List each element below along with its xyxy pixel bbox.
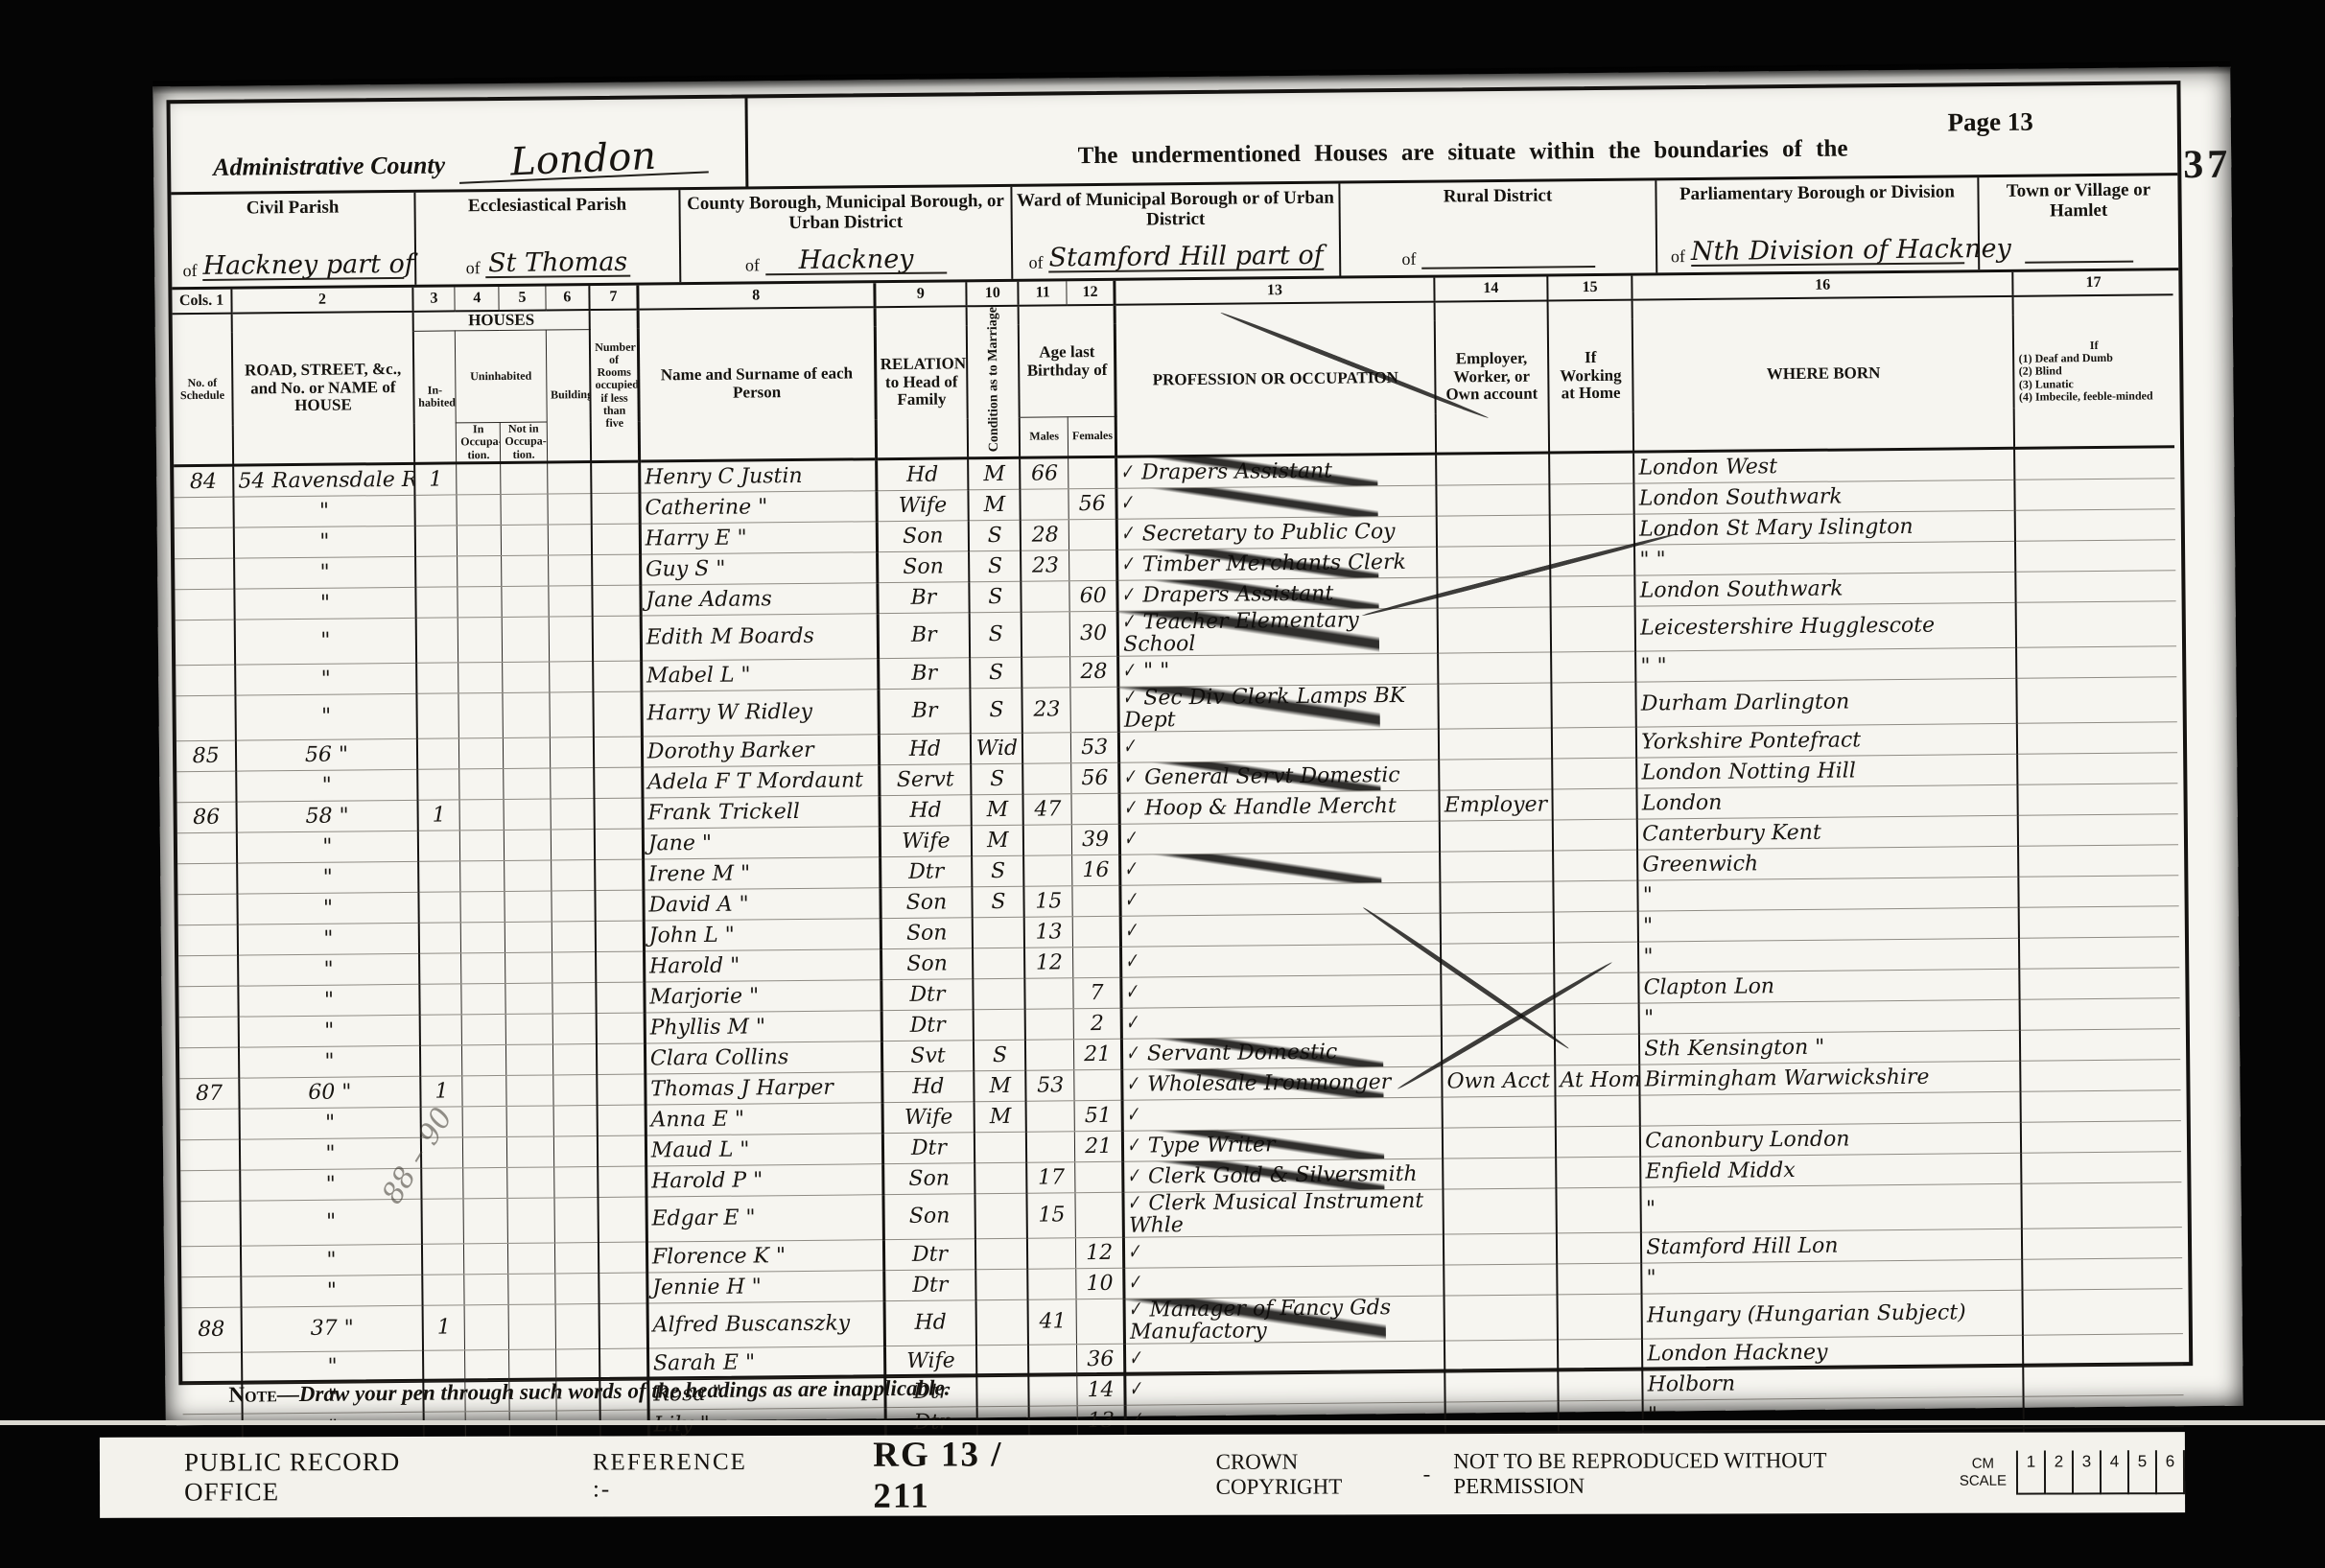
header-schedule: No. of Schedule (173, 314, 234, 466)
census-table-header: Cols. 1 2 3 4 5 6 7 8 9 10 11 12 13 14 (172, 270, 2174, 465)
cell-road: " (236, 693, 417, 740)
tick-mark: ✓ (1120, 463, 1136, 485)
cell-in-occupation (462, 1075, 506, 1106)
cell-where-born: London Southwark (1635, 572, 2016, 606)
cell-occupation: ✓ (1124, 1265, 1444, 1299)
cell-infirmity (2019, 937, 2179, 970)
tick-mark: ✓ (1122, 613, 1138, 635)
cell-home (1549, 483, 1634, 515)
cell-home (1558, 1339, 1643, 1370)
header-relation: RELATION to Head of Family (875, 306, 969, 458)
cell-employer (1440, 912, 1554, 944)
of-prefix: of (182, 261, 197, 281)
of-prefix: of (745, 255, 760, 275)
cell-rooms (597, 1074, 645, 1105)
cell-infirmity (2016, 601, 2176, 648)
cell-in-occupation (461, 983, 505, 1014)
cell-relation: Servt (879, 764, 972, 796)
col-num: 5 (499, 287, 545, 311)
cell-schedule (181, 1276, 241, 1308)
col-num: 6 (545, 286, 589, 310)
cell-age-male: 41 (1028, 1299, 1077, 1345)
cell-age-male (1026, 1101, 1074, 1132)
cell-infirmity (2019, 906, 2179, 939)
cell-relation: Hd (881, 1071, 975, 1103)
cell-home (1556, 1187, 1641, 1233)
cell-home (1550, 575, 1635, 607)
cell-age-female: 39 (1071, 824, 1119, 854)
cell-where-born: Greenwich (1637, 846, 2018, 880)
cell-condition: M (968, 457, 1020, 490)
cell-rooms (599, 1348, 647, 1379)
cell-occupation: ✓ (1124, 1234, 1444, 1268)
cell-inhabited (420, 1045, 462, 1076)
cell-employer (1437, 607, 1551, 653)
cell-not-in-occupation (509, 1349, 555, 1380)
cell-building (548, 585, 592, 616)
cell-inhabited (423, 1350, 465, 1381)
cell-employer (1443, 1188, 1557, 1234)
cell-rooms (595, 798, 643, 829)
cell-where-born: " (1639, 999, 2020, 1034)
col-num: 13 (1115, 278, 1434, 305)
cell-occupation: ✓ (1120, 852, 1440, 885)
cell-condition: M (975, 1101, 1026, 1133)
cell-rooms (598, 1166, 646, 1197)
cell-not-in-occupation (505, 891, 551, 922)
cell-age-male (1022, 657, 1070, 688)
cell-age-male (1023, 763, 1071, 794)
cell-in-occupation (459, 768, 504, 799)
cell-home (1550, 545, 1635, 576)
film-separator-line (0, 1420, 2325, 1425)
cell-age-female: 21 (1074, 1131, 1122, 1161)
cell-schedule (179, 1017, 239, 1048)
cell-employer: Own Acct (1442, 1065, 1556, 1097)
cell-occupation: ✓Manager of Fancy Gds Manufactory (1124, 1296, 1444, 1344)
cell-employer (1437, 546, 1551, 577)
cell-rooms (596, 921, 644, 951)
cell-home (1553, 819, 1638, 851)
cell-not-in-occupation (509, 1304, 556, 1349)
cell-building (552, 982, 596, 1013)
note-text: Draw your pen through such words of the … (299, 1376, 951, 1407)
cell-rooms (597, 1043, 645, 1074)
tick-mark: ✓ (1122, 689, 1138, 711)
cell-age-male (1021, 489, 1069, 520)
cell-schedule (175, 589, 234, 620)
cell-age-male: 23 (1021, 550, 1069, 581)
cell-age-female (1072, 916, 1120, 947)
cell-age-female: 30 (1069, 611, 1118, 656)
cell-inhabited: 1 (417, 800, 459, 831)
cell-employer (1441, 1004, 1555, 1036)
cell-road: " (234, 526, 415, 558)
tick-mark: ✓ (1121, 555, 1137, 577)
cell-inhabited (419, 953, 461, 984)
cell-home (1554, 911, 1639, 943)
cell-schedule (174, 497, 233, 528)
cell-in-occupation (465, 1349, 509, 1380)
col-num: 10 (967, 282, 1019, 307)
parliamentary-borough-label: Parliamentary Borough or Division (1679, 181, 1955, 204)
cell-not-in-occupation (506, 1075, 552, 1106)
cell-occupation: ✓Clerk Gold & Silversmith (1123, 1158, 1443, 1192)
cell-home (1557, 1232, 1642, 1264)
tick-mark: ✓ (1123, 768, 1139, 790)
cell-building (551, 890, 595, 921)
parliamentary-borough-box: Parliamentary Borough or Division ofNth … (1656, 177, 1980, 272)
cell-condition: M (972, 825, 1023, 856)
cell-infirmity (2016, 646, 2176, 679)
civil-parish-value: Hackney part of (202, 251, 404, 281)
town-village-box: Town or Village or Hamlet (1979, 176, 2178, 269)
cell-age-male: 15 (1027, 1193, 1076, 1238)
header-uninhabited: Uninhabited (456, 330, 547, 424)
cell-not-in-occupation (507, 1198, 554, 1243)
cell-rooms (595, 829, 643, 859)
footer-reference-value: RG 13 / 211 (873, 1434, 1044, 1516)
cell-name: Harry W Ridley (642, 690, 879, 737)
cell-infirmity (2018, 784, 2178, 816)
cell-occupation: ✓ (1120, 821, 1440, 854)
cell-schedule (178, 986, 238, 1018)
cell-building (552, 921, 596, 951)
cell-home (1551, 606, 1636, 652)
header-infirmity: If (1) Deaf and Dumb (2) Blind (3) Lunat… (2013, 294, 2174, 448)
cell-not-in-occupation (505, 830, 551, 860)
cell-name: Henry C Justin (639, 459, 876, 493)
scale-cell: 2 (2046, 1450, 2074, 1494)
cm-scale-label: CM SCALE (1960, 1456, 2007, 1490)
civil-parish-box: Civil Parish ofHackney part of (171, 193, 416, 287)
cell-road: " (239, 984, 420, 1017)
cell-not-in-occupation (504, 799, 550, 830)
cell-name: Sarah E " (647, 1346, 884, 1379)
cell-road: 54 Ravensdale Rd (233, 463, 414, 497)
census-page: 37 Administrative County London The unde… (153, 67, 2243, 1426)
cell-name: Frank Trickell (643, 796, 880, 829)
cell-rooms (592, 524, 640, 554)
cell-name: Guy S " (640, 552, 877, 585)
cell-not-in-occupation (502, 586, 548, 617)
cell-relation: Br (878, 658, 971, 690)
census-form: Administrative County London The underme… (166, 81, 2193, 1385)
cell-employer (1444, 1401, 1559, 1434)
cell-relation: Wife (880, 826, 973, 857)
cell-building (548, 524, 592, 554)
cell-age-male: 17 (1027, 1162, 1075, 1193)
cell-age-female: 51 (1074, 1100, 1122, 1131)
cell-condition (976, 1269, 1028, 1300)
cell-relation: Dtr (881, 979, 974, 1011)
cell-occupation: ✓ (1120, 882, 1440, 916)
cell-inhabited (416, 693, 459, 738)
scale-cell: 3 (2074, 1450, 2102, 1494)
cell-relation: Son (877, 551, 970, 583)
header-females: Females (1068, 417, 1116, 457)
cell-name: Florence K " (646, 1240, 883, 1273)
cell-building (553, 1166, 598, 1197)
cell-infirmity (2024, 1365, 2184, 1397)
cell-age-male: 28 (1021, 520, 1069, 550)
cell-condition (974, 1009, 1025, 1041)
cell-employer (1439, 820, 1553, 852)
cell-schedule (176, 620, 236, 666)
cell-relation: Dtr (880, 856, 973, 888)
footer-copyright: CROWN COPYRIGHT (1216, 1449, 1400, 1500)
cell-occupation: ✓ (1120, 913, 1440, 947)
cell-inhabited: 1 (422, 1305, 465, 1350)
cell-where-born: London St Mary Islington (1634, 510, 2015, 545)
header-inhabited: In-habited (413, 331, 457, 464)
cell-employer (1442, 1096, 1556, 1128)
cell-where-born: Hungary (Hungarian Subject) (1642, 1290, 2024, 1339)
cell-employer (1441, 973, 1555, 1005)
cell-employer (1439, 728, 1553, 760)
cell-in-occupation (458, 525, 502, 555)
cell-building (552, 1043, 597, 1074)
cell-name: Alfred Buscanszky (647, 1301, 884, 1348)
cell-rooms (594, 767, 642, 798)
cell-name: Edgar E " (646, 1195, 883, 1242)
cell-age-female: 2 (1073, 1008, 1121, 1039)
rural-district-box: Rural District of (1340, 180, 1657, 275)
cell-occupation: ✓ (1125, 1341, 1444, 1374)
cell-in-occupation (463, 1198, 508, 1243)
cell-road: " (238, 923, 419, 955)
cell-age-female: 21 (1074, 1039, 1122, 1069)
note-prefix: Note— (228, 1382, 299, 1407)
cell-where-born: London Southwark (1634, 480, 2015, 514)
cell-age-female (1074, 1069, 1122, 1100)
cell-name: Edith M Boards (641, 614, 878, 661)
cell-building (548, 554, 592, 585)
cell-name: Thomas J Harper (646, 1072, 882, 1105)
cell-relation: Son (880, 887, 973, 919)
administrative-county-box: Administrative County London (171, 98, 749, 192)
cell-condition: S (970, 612, 1022, 658)
tick-mark: ✓ (1127, 1136, 1142, 1158)
cell-in-occupation (462, 1044, 506, 1075)
cell-inhabited (415, 618, 458, 663)
footer-notice: NOT TO BE REPRODUCED WITHOUT PERMISSION (1453, 1448, 1892, 1499)
cell-rooms (599, 1303, 648, 1348)
cell-road: " (241, 1275, 422, 1307)
cell-home (1552, 788, 1637, 820)
cell-condition: S (969, 550, 1021, 582)
cell-employer (1438, 683, 1552, 729)
cell-home (1556, 1095, 1641, 1127)
cell-occupation: ✓ (1125, 1371, 1444, 1405)
cell-infirmity (2017, 722, 2177, 755)
cell-in-occupation (459, 737, 504, 768)
cell-occupation: ✓ (1125, 1402, 1444, 1437)
col-num: 9 (874, 282, 967, 307)
cell-occupation: ✓Servant Domestic (1122, 1036, 1442, 1069)
cell-name: Mabel L " (641, 659, 878, 691)
cell-employer (1436, 515, 1550, 547)
tick-mark: ✓ (1124, 891, 1139, 913)
cell-age-male: 13 (1024, 917, 1072, 948)
cell-in-occupation (460, 830, 505, 860)
cell-age-female: 10 (1076, 1268, 1124, 1299)
cell-rooms (599, 1273, 646, 1303)
cell-home: At Home (1555, 1065, 1640, 1096)
cell-relation: Hd (880, 795, 973, 827)
tick-mark: ✓ (1129, 1349, 1144, 1371)
cell-home (1549, 452, 1634, 484)
cell-inhabited (416, 663, 458, 693)
cell-building (549, 616, 594, 661)
cell-road: " (236, 769, 417, 802)
tick-mark: ✓ (1121, 525, 1137, 547)
cell-age-female: 56 (1069, 488, 1116, 519)
cell-name: Harold P " (646, 1164, 883, 1197)
cell-not-in-occupation (502, 525, 548, 555)
cell-infirmity (2022, 1152, 2182, 1184)
cell-building (551, 859, 595, 890)
header-not-in-occupation: Not in Occupa- tion. (501, 422, 548, 462)
cell-where-born: Clapton Lon (1639, 969, 2020, 1003)
cell-infirmity (2018, 845, 2178, 878)
cell-infirmity (2018, 753, 2178, 785)
cell-schedule: 86 (177, 802, 237, 833)
cell-road: " (238, 892, 419, 924)
cell-schedule (176, 695, 236, 741)
cell-building (550, 691, 595, 737)
cell-age-male (1022, 733, 1070, 763)
cell-road: " (239, 1045, 420, 1078)
cell-road: " (242, 1350, 423, 1383)
cell-road: 37 " (242, 1305, 423, 1352)
tick-mark: ✓ (1124, 860, 1139, 882)
cell-road: " (241, 1199, 422, 1246)
cell-age-female: 16 (1072, 854, 1120, 885)
header-houses: HOUSES (412, 310, 590, 331)
cell-rooms (594, 737, 642, 767)
cell-occupation: ✓Wholesale Ironmonger (1122, 1066, 1442, 1100)
cell-condition: S (973, 886, 1024, 918)
cell-in-occupation (458, 555, 502, 586)
cell-age-male (1027, 1238, 1075, 1269)
situate-text: The undermentioned Houses are situate wi… (1078, 135, 1848, 170)
cell-age-female: 56 (1071, 762, 1119, 793)
cell-where-born: " " (1635, 647, 2016, 682)
cell-schedule (180, 1170, 240, 1202)
cell-building (548, 493, 592, 524)
cell-road: 58 " (237, 800, 418, 832)
cell-in-occupation (461, 1014, 505, 1044)
cell-age-female (1069, 550, 1117, 580)
cell-relation: Dtr (883, 1270, 976, 1301)
cell-relation: Svt (881, 1041, 975, 1072)
cm-scale-ruler: 123456 (2016, 1450, 2185, 1494)
cell-road: " (238, 953, 419, 986)
cell-in-occupation (462, 1106, 506, 1136)
col-num: 3 (412, 287, 455, 311)
census-table: Cols. 1 2 3 4 5 6 7 8 9 10 11 12 13 14 (172, 270, 2184, 1513)
cell-age-male (1028, 1345, 1076, 1375)
of-prefix: of (1671, 246, 1685, 267)
ward-value: Stamford Hill part of (1048, 243, 1323, 273)
cell-rooms (598, 1135, 646, 1166)
cell-not-in-occupation (504, 737, 550, 768)
cell-in-occupation (460, 891, 505, 922)
cell-schedule (178, 955, 238, 987)
cell-home (1551, 651, 1636, 683)
cell-age-male (1022, 612, 1070, 657)
cell-age-male (1022, 581, 1069, 612)
cell-inhabited (417, 738, 459, 769)
cell-relation: Son (881, 948, 974, 980)
cell-relation: Br (878, 689, 971, 735)
cell-not-in-occupation (505, 860, 551, 891)
cell-home (1552, 727, 1637, 759)
cell-home (1553, 850, 1638, 881)
cell-age-female: 7 (1073, 977, 1121, 1008)
cell-employer (1440, 851, 1554, 882)
town-village-value (2026, 261, 2133, 264)
cell-age-male: 66 (1021, 457, 1069, 489)
cell-road: " (234, 556, 415, 589)
tick-mark: ✓ (1128, 1243, 1143, 1265)
cell-schedule (177, 863, 237, 895)
cell-schedule (180, 1139, 240, 1171)
cell-not-in-occupation (501, 494, 547, 525)
cell-condition: S (970, 581, 1022, 613)
cell-road: " (234, 495, 415, 527)
cell-age-female (1069, 456, 1116, 488)
cell-age-male: 47 (1023, 794, 1071, 825)
cell-inhabited (422, 1244, 464, 1275)
cell-home (1559, 1400, 1644, 1432)
cell-home (1556, 1126, 1641, 1158)
cell-schedule (181, 1201, 242, 1247)
cell-rooms (592, 554, 640, 585)
cell-age-female: 53 (1070, 732, 1118, 762)
county-borough-value: Hackney (765, 246, 948, 275)
cell-occupation: ✓Sec Div Clerk Lamps BK Dept (1118, 684, 1438, 732)
cell-infirmity (2015, 540, 2175, 573)
cell-condition: M (969, 489, 1021, 521)
cell-occupation: ✓Drapers Assistant (1117, 577, 1437, 611)
cell-inhabited (418, 923, 460, 953)
cell-inhabited (417, 769, 459, 800)
cell-relation: Wife (876, 490, 969, 522)
tick-mark: ✓ (1127, 1194, 1142, 1216)
cell-schedule (180, 1109, 240, 1140)
cell-inhabited (419, 984, 461, 1015)
cell-schedule (175, 558, 234, 590)
cell-rooms (597, 1013, 645, 1043)
cell-infirmity (2022, 1228, 2182, 1260)
page-number: Page 13 (1947, 107, 2033, 138)
cell-building (547, 461, 591, 493)
cell-name: Harry E " (640, 522, 877, 554)
header-employer: Employer, Worker, or Own account (1434, 300, 1549, 453)
cell-where-born: " (1641, 1259, 2022, 1294)
cell-infirmity (2021, 1090, 2181, 1123)
cell-in-occupation (460, 860, 505, 891)
cell-name: Marjorie " (645, 980, 881, 1013)
tick-mark: ✓ (1129, 1380, 1144, 1402)
tick-mark: ✓ (1126, 1075, 1141, 1097)
col-num: 12 (1067, 281, 1115, 305)
cell-where-born: Holborn (1643, 1366, 2024, 1400)
cell-infirmity (2021, 1121, 2181, 1154)
cell-age-female (1075, 1192, 1124, 1237)
